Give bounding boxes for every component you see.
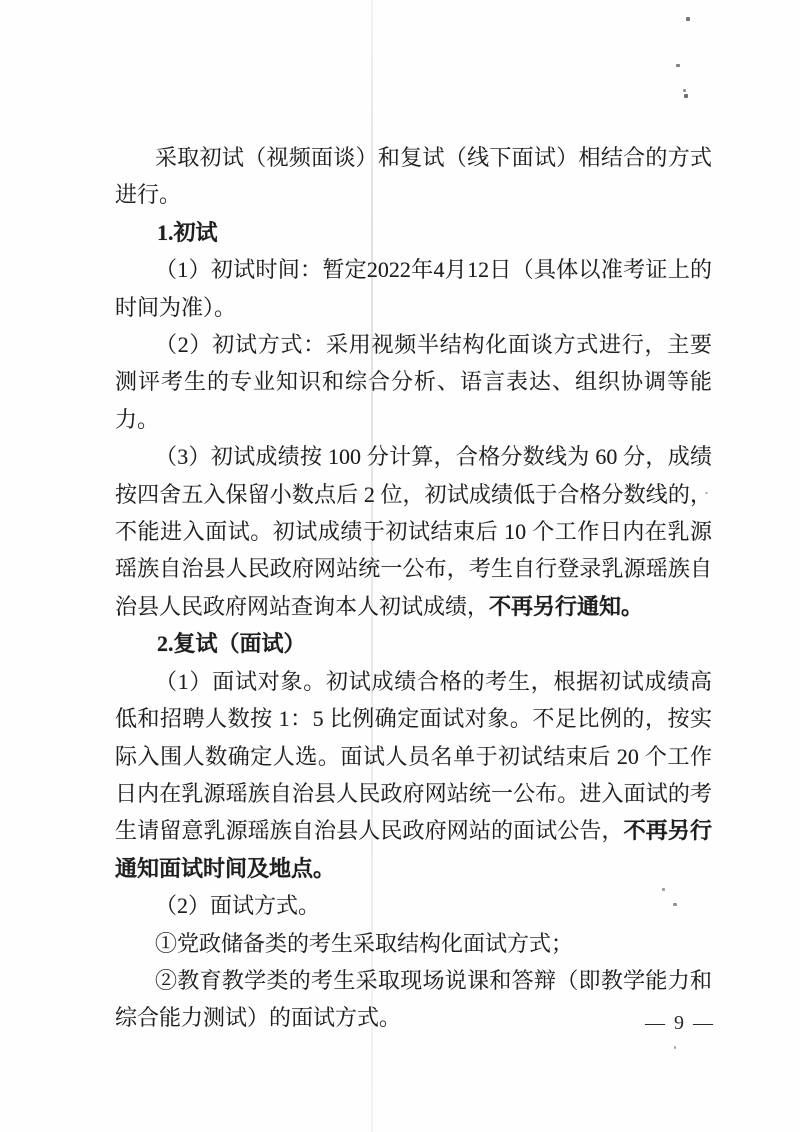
text-run: ①党政储备类的考生采取结构化面试方式；	[155, 931, 573, 956]
bold-text-run: 1.初试	[157, 220, 218, 245]
paragraph: （3）初试成绩按 100 分计算，合格分数线为 60 分，成绩按四舍五入保留小数…	[115, 438, 712, 625]
paragraph: （2）初试方式：采用视频半结构化面谈方式进行，主要测评考生的专业知识和综合分析、…	[115, 326, 712, 438]
bold-text-run: 2.复试（面试）	[157, 631, 306, 656]
bold-text-run: 不再另行通知。	[489, 594, 643, 619]
page-number: — 9 —	[600, 1012, 760, 1035]
text-run: （3）初试成绩按 100 分计算，合格分数线为 60 分，成绩按四舍五入保留小数…	[115, 444, 712, 619]
paragraph: （1）初试时间：暂定2022年4月12日（具体以准考证上的时间为准）。	[115, 251, 712, 326]
paragraph: （2）面试方式。	[115, 887, 712, 924]
paragraph: （1）面试对象。初试成绩合格的考生，根据初试成绩高低和招聘人数按 1：5 比例确…	[115, 663, 712, 887]
text-run: （2）初试方式：采用视频半结构化面谈方式进行，主要测评考生的专业知识和综合分析、…	[115, 332, 712, 432]
scan-speck	[683, 89, 686, 92]
scan-speck	[674, 1046, 676, 1049]
scanned-document-page: 采取初试（视频面谈）和复试（线下面试）相结合的方式进行。1.初试（1）初试时间：…	[0, 0, 800, 1132]
document-body: 采取初试（视频面谈）和复试（线下面试）相结合的方式进行。1.初试（1）初试时间：…	[115, 139, 712, 1037]
scan-speck	[684, 94, 688, 98]
text-run: 采取初试（视频面谈）和复试（线下面试）相结合的方式进行。	[115, 145, 712, 207]
paragraph: 采取初试（视频面谈）和复试（线下面试）相结合的方式进行。	[115, 139, 712, 214]
section-heading: 1.初试	[115, 214, 712, 251]
paragraph: ①党政储备类的考生采取结构化面试方式；	[115, 925, 712, 962]
scan-speck	[686, 17, 690, 21]
text-run: （1）面试对象。初试成绩合格的考生，根据初试成绩高低和招聘人数按 1：5 比例确…	[115, 669, 712, 844]
section-heading: 2.复试（面试）	[115, 625, 712, 662]
scan-speck	[676, 64, 680, 67]
text-run: （2）面试方式。	[155, 893, 320, 918]
text-run: （1）初试时间：暂定2022年4月12日（具体以准考证上的时间为准）。	[115, 257, 712, 319]
